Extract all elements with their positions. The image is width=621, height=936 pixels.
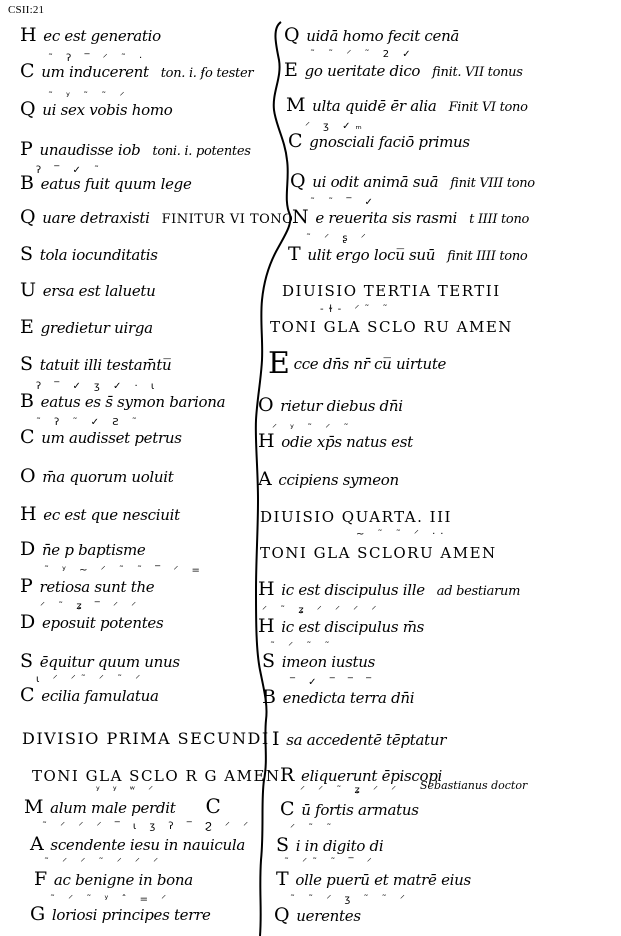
line-text: retiosa sunt the — [39, 578, 154, 596]
initial: S — [262, 650, 275, 672]
initial: C — [20, 684, 34, 706]
line-text: sa accedentē tēptatur — [286, 731, 446, 749]
right-line-2: Multa quidē ēr aliaFinit VI tono — [286, 96, 528, 117]
line-text: unaudisse iob — [39, 141, 140, 159]
neume-marks: ~ ˜ ˜ ⸍ ·· — [356, 530, 448, 540]
left-line-5: Quare detraxistiFINITUR VI TONO — [20, 208, 293, 229]
neume-marks: ˜ ʸ ~ ⸍ ˜ ˜ ‾ ⸍ = — [44, 566, 205, 576]
section-heading: DIUISIO QUARTA. III — [260, 508, 452, 526]
initial: C — [20, 426, 34, 448]
left-line-16: Deposuit potentes — [20, 613, 163, 632]
right-line-20: Reliquerunt ēpiscopi — [280, 766, 442, 785]
line-text: go ueritate dico — [305, 62, 421, 80]
line-text: ui sex vobis homo — [42, 101, 172, 119]
initial: C — [288, 130, 302, 152]
initial: G — [30, 903, 45, 925]
right-line-0: Quidā homo fecit cenā — [284, 26, 459, 45]
initial: B — [20, 172, 34, 194]
tone-note: finit IIII tono — [447, 249, 527, 264]
line-text: ecilia famulatua — [41, 687, 158, 705]
initial: C — [280, 798, 294, 820]
line-text: um inducerent — [41, 63, 149, 81]
initial: Q — [284, 24, 299, 46]
initial: D — [20, 611, 35, 633]
right-line-10: Orietur diebus dn̄i — [258, 396, 403, 415]
left-line-13: Hec est que nesciuit — [20, 505, 180, 524]
line-text: uidā homo fecit cenā — [306, 27, 459, 45]
line-text: ic est discipulus ille — [281, 581, 425, 599]
initial: E — [20, 316, 34, 338]
initial: Q — [20, 206, 35, 228]
initial: H — [20, 503, 36, 525]
initial: S — [20, 650, 33, 672]
neume-marks: ˜ ˜ ‾ ✓ — [310, 198, 378, 208]
initial: N — [292, 206, 308, 228]
line-text: odie xp̄s natus est — [281, 433, 413, 451]
left-line-24: Gloriosi principes terre — [30, 905, 211, 924]
left-line-10: Beatus es s̄ symon bariona — [20, 392, 225, 411]
line-text: ccipiens symeon — [278, 471, 398, 489]
left-line-3: Punaudisse iobtoni. i. potentes — [20, 140, 251, 161]
right-line-5: Ne reuerita sis rasmit IIII tono — [292, 208, 529, 229]
right-line-4: Qui odit animā suāfinit VIII tono — [290, 172, 535, 193]
right-line-24: Querentes — [274, 906, 361, 925]
line-text: ui odit animā suā — [312, 173, 438, 191]
initial: I — [272, 728, 279, 750]
right-line-23: Tolle puerū et matrē eius — [276, 870, 471, 889]
line-text: uare detraxisti — [42, 209, 149, 227]
left-line-19: DIVISIO PRIMA SECUNDI — [22, 730, 270, 748]
tone-note: finit VIII tono — [450, 176, 535, 191]
right-line-19: Isa accedentē tēptatur — [272, 730, 446, 749]
left-line-0: Hec est generatio — [20, 26, 161, 45]
neume-marks: ‾ ✓ ‾ ‾ ‾ — [290, 678, 376, 688]
initial: Q — [290, 170, 305, 192]
right-line-13: DIUISIO QUARTA. III — [260, 508, 452, 526]
initial: S — [276, 834, 289, 856]
tone-note: toni. i. potentes — [152, 144, 250, 159]
right-line-8: TONI GLA SCLO RU AMEN — [270, 318, 513, 336]
neume-marks: ʔ ‾ ✓ ʒ ✓ · ɩ — [36, 382, 159, 392]
line-text: eliquerunt ēpiscopi — [301, 767, 442, 785]
line-text: ersa est laluetu — [43, 282, 156, 300]
neume-marks: ˜ ⸍ ⸍ ˜ ⸍ ⸍ ⸍ — [44, 858, 163, 868]
line-text: ic est discipulus m̄s — [281, 618, 424, 636]
line-text: gnosciali faciō primus — [309, 133, 470, 151]
line-text: uerentes — [296, 907, 360, 925]
line-text: ac benigne in bona — [54, 871, 193, 889]
right-line-1: Ego ueritate dicofinit. VII tonus — [284, 61, 523, 82]
right-line-12: Accipiens symeon — [258, 470, 399, 489]
right-line-11: Hodie xp̄s natus est — [258, 432, 413, 451]
tone-note: t IIII tono — [469, 212, 529, 227]
right-line-21: Cū fortis armatus — [280, 800, 419, 819]
initial: B — [20, 390, 34, 412]
left-line-18: Cecilia famulatua — [20, 686, 159, 705]
right-line-15: Hic est discipulus illead bestiarum — [258, 580, 520, 601]
neume-marks: ˜ ⸍ ˜ ʸ ˆ = ⸍ — [50, 895, 171, 905]
left-line-2: Qui sex vobis homo — [20, 100, 173, 119]
neume-marks: ⸍ ˜ ʑ ⸍ ⸍ ⸍ ⸍ — [262, 606, 381, 616]
initial: T — [288, 243, 300, 265]
initial: P — [20, 138, 32, 160]
neume-marks: ˜ ʔ ˜ ✓ Ƨ ˜ — [36, 418, 142, 428]
line-text: tola iocunditatis — [40, 246, 158, 264]
initial: P — [20, 575, 32, 597]
line-text: eatus es s̄ symon bariona — [41, 393, 226, 411]
initial: A — [258, 468, 271, 490]
neume-marks: ˜ ˜ ⸍ ʒ ˜ ˜ ⸍ — [290, 895, 410, 905]
line-text: eposuit potentes — [42, 614, 163, 632]
neume-marks: ɩ ⸍ ⸍˜ ⸍ ˜ ⸍ — [36, 675, 145, 685]
neume-marks: ⸍ ˜ ˜ — [290, 824, 336, 834]
initial: U — [20, 279, 36, 301]
right-line-18: Benedicta terra dn̄i — [262, 688, 414, 707]
line-text: imeon iustus — [282, 653, 375, 671]
initial: B — [262, 686, 276, 708]
line-text: loriosi principes terre — [52, 906, 211, 924]
tone-note: ad bestiarum — [437, 584, 520, 599]
tone-note: FINITUR VI TONO — [162, 212, 294, 227]
right-line-7: DIUISIO TERTIA TERTII — [282, 282, 501, 300]
line-text: rietur diebus dn̄i — [280, 397, 402, 415]
line-text: alum male perdit — [50, 799, 175, 817]
neume-marks: -ɫ- ⸍˜ ˜ — [320, 305, 393, 315]
left-line-17: Sēquitur quum unus — [20, 652, 180, 671]
initial: Q — [20, 98, 35, 120]
neume-marks: ⸍ ˜ ʑ ‾ ⸍ ⸍ — [40, 602, 141, 612]
line-text: enedicta terra dn̄i — [283, 689, 415, 707]
left-line-12: Om̄a quorum uoluit — [20, 467, 174, 486]
neume-marks: ⸍ ʒ ✓ₘ — [305, 122, 367, 132]
line-text: ēquitur quum unus — [40, 653, 180, 671]
line-text: n̄e p baptisme — [42, 541, 146, 559]
line-text: cce dn̄s nr̄ cu̅ uirtute — [294, 355, 447, 373]
tone-note: Finit VI tono — [449, 100, 528, 115]
initial: M — [286, 94, 305, 116]
initial: H — [258, 615, 274, 637]
line-text: eatus fuit quum lege — [41, 175, 192, 193]
left-line-8: Egredietur uirga — [20, 318, 153, 337]
right-line-3: Cgnosciali faciō primus — [288, 132, 470, 151]
line-text: i in digito di — [296, 837, 384, 855]
neume-marks: ˜ ⸍ ʂ ⸍ — [306, 234, 371, 244]
neume-marks: ˜ ⸍ ˜ ˜ — [270, 642, 335, 652]
left-line-14: Dn̄e p baptisme — [20, 540, 145, 559]
line-text: ec est que nesciuit — [43, 506, 180, 524]
left-line-6: Stola iocunditatis — [20, 245, 158, 264]
section-heading: TONI GLA SCLORU AMEN — [260, 544, 497, 562]
line-text: ū fortis armatus — [301, 801, 418, 819]
left-line-22: Ascendente iesu in nauicula — [30, 835, 245, 854]
initial: F — [34, 868, 47, 890]
left-line-23: Fac benigne in bona — [34, 870, 193, 889]
section-heading: DIUISIO TERTIA TERTII — [282, 282, 501, 300]
right-line-16: Hic est discipulus m̄s — [258, 617, 424, 636]
right-line-17: Simeon iustus — [262, 652, 375, 671]
tone-note: C — [205, 794, 220, 818]
left-line-1: Cum inducerentton. i. ẜo tester — [20, 62, 253, 83]
initial: O — [20, 465, 35, 487]
right-line-14: TONI GLA SCLORU AMEN — [260, 544, 497, 562]
tone-note: ton. i. ẜo tester — [161, 66, 254, 81]
initial: Q — [274, 904, 289, 926]
initial: S — [20, 353, 33, 375]
line-text: e reuerita sis rasmi — [315, 209, 457, 227]
initial: C — [20, 60, 34, 82]
initial: M — [24, 796, 43, 818]
initial: E — [284, 59, 298, 81]
line-text: ec est generatio — [43, 27, 161, 45]
section-heading: DIVISIO PRIMA SECUNDI — [22, 729, 270, 748]
line-text: scendente iesu in nauicula — [50, 836, 245, 854]
neume-marks: ʸ ʸ ʷ ⸍ — [96, 786, 158, 796]
left-line-20: TONI GLA SCLO R G AMEN — [32, 767, 281, 785]
tone-note: finit. VII tonus — [432, 65, 522, 80]
left-line-7: Uersa est laluetu — [20, 281, 156, 300]
right-line-6: Tulit ergo locu̅ suūfinit IIII tono — [288, 245, 527, 266]
initial: O — [258, 394, 273, 416]
right-line-9: Ecce dn̄s nr̄ cu̅ uirtute — [268, 355, 446, 373]
initial: D — [20, 538, 35, 560]
page-label: CSII:21 — [8, 4, 44, 16]
initial: T — [276, 868, 288, 890]
left-line-9: Statuit illi testam̄tu̅ — [20, 355, 171, 374]
line-text: ulta quidē ēr alia — [312, 97, 436, 115]
initial: S — [20, 243, 33, 265]
right-line-22: Si in digito di — [276, 836, 383, 855]
initial: A — [30, 833, 43, 855]
line-text: tatuit illi testam̄tu̅ — [40, 356, 172, 374]
line-text: gredietur uirga — [41, 319, 153, 337]
section-heading: TONI GLA SCLO R G AMEN — [32, 767, 281, 785]
initial: E — [268, 346, 290, 381]
neume-marks: ˜ ⸍˜ ˜ ‾ ⸍ — [284, 858, 377, 868]
section-heading: TONI GLA SCLO RU AMEN — [270, 318, 513, 336]
initial: H — [258, 430, 274, 452]
initial: R — [280, 764, 294, 786]
left-line-15: Pretiosa sunt the — [20, 577, 154, 596]
initial: H — [258, 578, 274, 600]
line-text: m̄a quorum uoluit — [42, 468, 173, 486]
line-text: olle puerū et matrē eius — [295, 871, 471, 889]
left-line-4: Beatus fuit quum lege — [20, 174, 192, 193]
neume-marks: ˜ ⸍ ⸍ ⸍ ‾ ɩ ʒ ʔ ‾ Ϩ ⸍ ⸍ — [42, 822, 253, 832]
neume-marks: ˜ ˜ ⸍ ˜ 2 ✓ — [310, 50, 416, 60]
initial: H — [20, 24, 36, 46]
line-text: ulit ergo locu̅ suū — [307, 246, 435, 264]
line-text: um audisset petrus — [41, 429, 181, 447]
neume-marks: ⸍ ⸍ ˜ ʑ ⸍ ⸍ — [300, 786, 401, 796]
left-line-11: Cum audisset petrus — [20, 428, 182, 447]
left-line-21: Malum male perditC — [24, 797, 220, 817]
